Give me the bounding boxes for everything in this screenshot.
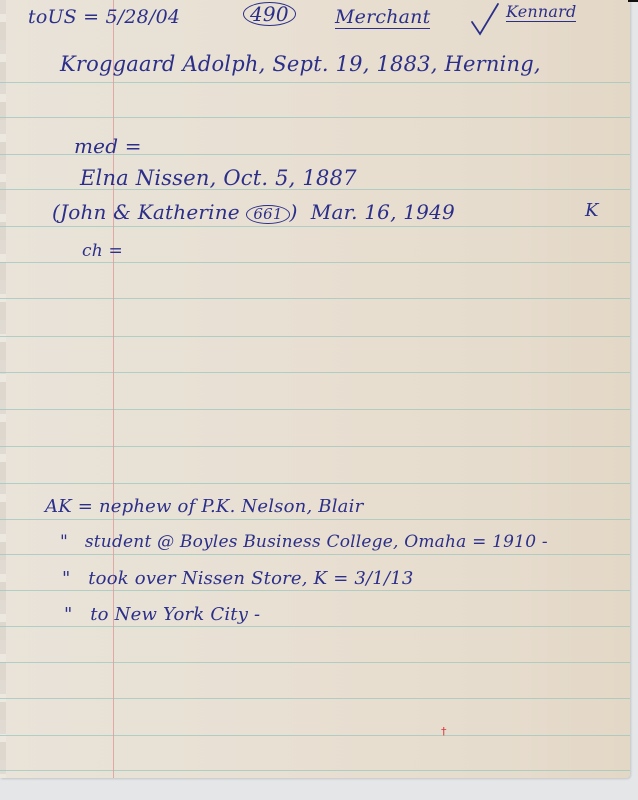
ledger-page: toUS = 5/28/04 490 Merchant Kennard Krog… [0, 0, 630, 778]
ruled-line [0, 590, 630, 591]
ruled-line [0, 770, 630, 771]
note-text: to New York City - [90, 604, 260, 625]
ruled-line [0, 372, 630, 373]
location: Kennard [506, 2, 576, 21]
parents-names: (John & Katherine [52, 200, 240, 224]
ruled-line [0, 446, 630, 447]
note-text: student @ Boyles Business College, Omaha… [85, 532, 548, 552]
occupation: Merchant [335, 6, 430, 28]
parents-ref-circle: 661 [246, 205, 289, 224]
to-us-note: toUS = 5/28/04 [28, 6, 180, 28]
note-prefix: " [62, 568, 70, 589]
ruled-line [0, 298, 630, 299]
check-mark-icon [470, 2, 500, 36]
ruled-line [0, 409, 630, 410]
note-text: took over Nissen Store, K = 3/1/13 [88, 568, 413, 589]
location-text: Kennard [506, 2, 576, 22]
note-prefix: " [64, 604, 72, 625]
ruled-line [0, 554, 630, 555]
side-mark: K [585, 200, 599, 221]
parents-line: (John & Katherine 661) Mar. 16, 1949 [52, 200, 455, 224]
note-line: " to New York City - [64, 604, 260, 625]
married-label: med = [74, 134, 142, 158]
occupation-text: Merchant [335, 6, 430, 29]
ruled-line [0, 262, 630, 263]
children-label: ch = [82, 241, 123, 261]
ruled-line [0, 226, 630, 227]
red-mark: † [441, 725, 447, 738]
ruled-line [0, 117, 630, 118]
subject-line: Kroggaard Adolph, Sept. 19, 1883, Hernin… [60, 52, 541, 76]
ruled-line [0, 626, 630, 627]
note-prefix: " [60, 532, 68, 552]
ruled-line [0, 82, 630, 83]
note-line: " took over Nissen Store, K = 3/1/13 [62, 568, 414, 589]
ruled-line [0, 519, 630, 520]
ruled-line [0, 735, 630, 736]
note-line: " student @ Boyles Business College, Oma… [60, 532, 548, 552]
ruled-line [0, 336, 630, 337]
spouse-line: Elna Nissen, Oct. 5, 1887 [80, 166, 357, 190]
ruled-line [0, 483, 630, 484]
record-number-circle: 490 [243, 2, 296, 26]
record-number: 490 [243, 2, 296, 26]
ruled-line [0, 662, 630, 663]
note-text: nephew of P.K. Nelson, Blair [99, 496, 363, 517]
margin-line [113, 0, 114, 778]
marriage-date: Mar. 16, 1949 [311, 200, 455, 224]
ruled-line [0, 698, 630, 699]
note-line: AK = nephew of P.K. Nelson, Blair [45, 496, 363, 517]
scan-edge [628, 0, 638, 2]
parents-close: ) [290, 200, 298, 224]
note-prefix: AK = [45, 496, 93, 517]
